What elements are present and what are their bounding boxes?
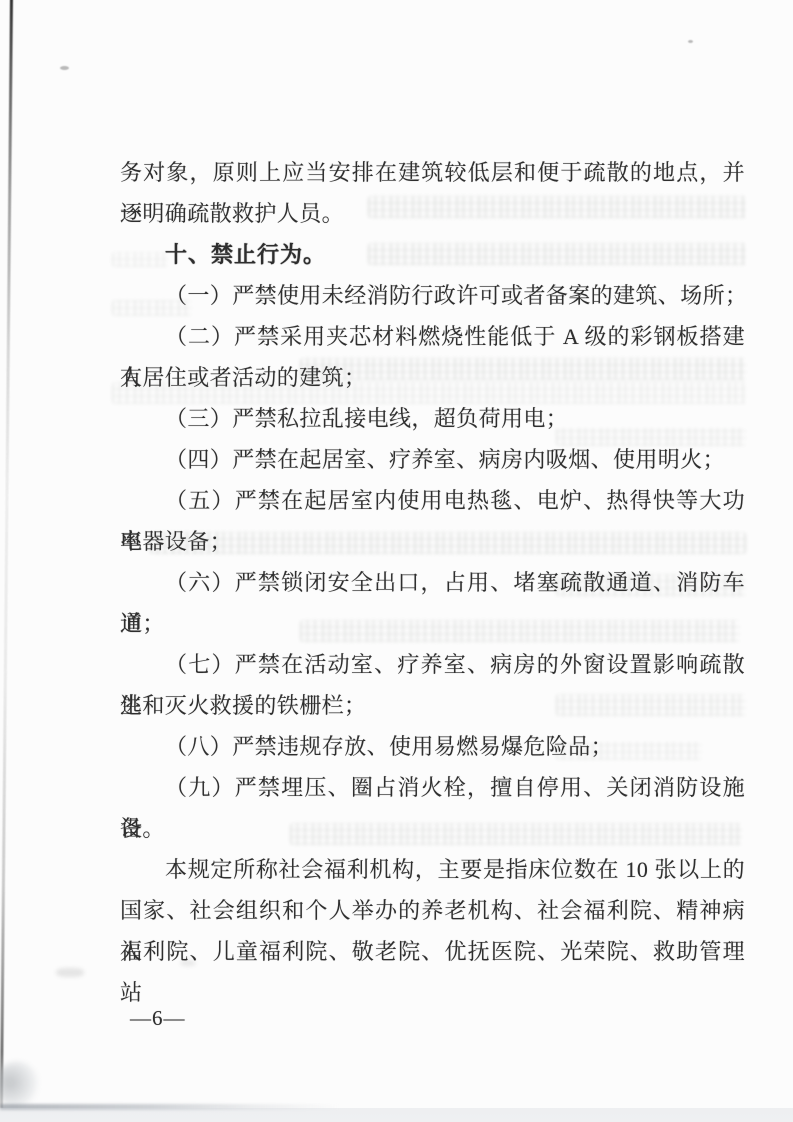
document-line: 生和灭火救援的铁栅栏； — [120, 685, 745, 726]
document-line: 人居住或者活动的建筑； — [120, 357, 745, 398]
document-line: （三）严禁私拉乱接电线，超负荷用电； — [120, 398, 745, 439]
document-line: （八）严禁违规存放、使用易燃易爆危险品； — [120, 726, 745, 767]
paper-speck — [60, 66, 69, 70]
page-number: —6— — [130, 1006, 186, 1031]
document-line: 电器设备； — [120, 521, 745, 562]
left-scan-edge — [0, 0, 12, 1108]
document-line: （五）严禁在起居室内使用电热毯、电炉、热得快等大功率 — [120, 480, 745, 521]
section-heading: 十、禁止行为。 — [120, 234, 745, 275]
document-line: 备。 — [120, 808, 745, 849]
document-line: 本规定所称社会福利机构，主要是指床位数在 10 张以上的 — [120, 849, 745, 890]
document-line: （六）严禁锁闭安全出口，占用、堵塞疏散通道、消防车通 — [120, 562, 745, 603]
document-line: （二）严禁采用夹芯材料燃烧性能低于 A 级的彩钢板搭建有 — [120, 316, 745, 357]
paper-smudge — [56, 968, 84, 977]
document-line: 国家、社会组织和个人举办的养老机构、社会福利院、精神病人 — [120, 890, 745, 931]
bottom-left-page-curl — [0, 1062, 40, 1108]
document-text-block: 务对象，原则上应当安排在建筑较低层和便于疏散的地点，并逐 一明确疏散救护人员。 … — [120, 152, 745, 972]
document-line: （四）严禁在起居室、疗养室、病房内吸烟、使用明火； — [120, 439, 745, 480]
document-line: 福利院、儿童福利院、敬老院、优抚医院、光荣院、救助管理站 — [120, 931, 745, 972]
document-line: （九）严禁埋压、圈占消火栓，擅自停用、关闭消防设施设 — [120, 767, 745, 808]
document-line: 务对象，原则上应当安排在建筑较低层和便于疏散的地点，并逐 — [120, 152, 745, 193]
document-line: （七）严禁在活动室、疗养室、病房的外窗设置影响疏散逃 — [120, 644, 745, 685]
document-line: （一）严禁使用未经消防行政许可或者备案的建筑、场所； — [120, 275, 745, 316]
document-line: 道； — [120, 603, 745, 644]
paper-speck — [688, 40, 693, 43]
scanned-page: 务对象，原则上应当安排在建筑较低层和便于疏散的地点，并逐 一明确疏散救护人员。 … — [0, 0, 793, 1122]
document-line: 一明确疏散救护人员。 — [120, 193, 745, 234]
bottom-scan-band — [0, 1108, 793, 1122]
